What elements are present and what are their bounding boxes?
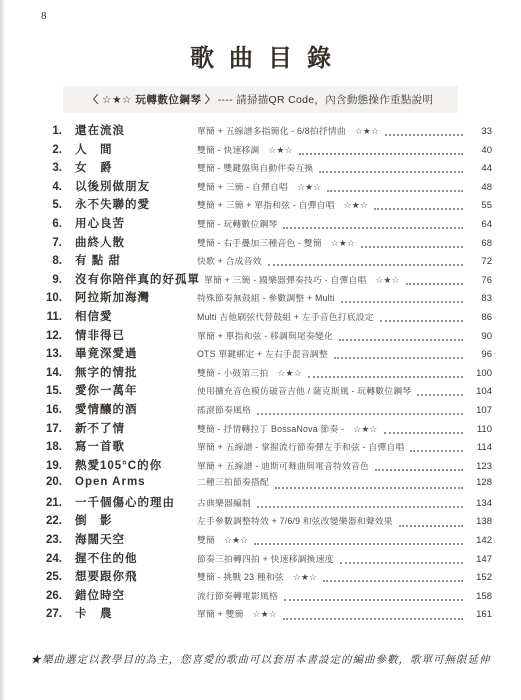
dotted-leader bbox=[399, 525, 463, 527]
song-title: Open Arms bbox=[75, 476, 193, 488]
song-row: 7. 曲終人散 雙簡 - 右手疊加三種音色 - 雙簡 ☆★☆ 68 bbox=[38, 234, 492, 253]
song-number: 26. bbox=[38, 590, 62, 602]
song-number: 7. bbox=[38, 237, 62, 249]
song-title: 相信愛 bbox=[75, 308, 193, 324]
song-title: 用心良苦 bbox=[75, 215, 193, 231]
song-title: 畢竟深愛過 bbox=[75, 345, 193, 361]
song-page-number: 152 bbox=[468, 572, 492, 583]
song-page-number: 55 bbox=[468, 200, 492, 211]
song-description: 二種三拍節奏搭配 bbox=[197, 475, 269, 488]
song-number: 5. bbox=[38, 199, 62, 211]
song-page-number: 96 bbox=[468, 349, 492, 360]
song-number: 22. bbox=[38, 515, 62, 527]
notice-highlight: 〈 ☆★☆ 玩轉數位鋼琴 〉 bbox=[88, 92, 216, 107]
song-description: 雙簡 - 玩轉數位鋼琴 bbox=[197, 217, 277, 230]
song-description: 快歌 + 合成音效 bbox=[197, 254, 262, 267]
song-page-number: 86 bbox=[468, 312, 492, 323]
dotted-leader bbox=[308, 376, 463, 378]
song-description: 雙簡 - 右手疊加三種音色 - 雙簡 ☆★☆ bbox=[197, 236, 355, 249]
song-row: 25. 想要跟你飛 雙簡 - 挑戰 23 種和弦 ☆★☆ 152 bbox=[38, 568, 492, 587]
song-page-number: 64 bbox=[468, 219, 492, 230]
song-title: 還在流浪 bbox=[75, 122, 193, 138]
dotted-leader bbox=[257, 413, 463, 415]
dotted-leader bbox=[257, 506, 463, 508]
song-number: 24. bbox=[38, 553, 62, 565]
song-row: 26. 錯位時空 流行節奏轉電影風格 158 bbox=[38, 587, 492, 606]
song-page-number: 138 bbox=[468, 516, 492, 527]
song-page-number: 142 bbox=[468, 535, 492, 546]
dotted-leader bbox=[340, 562, 463, 564]
song-description: 左手參數調整特效 + 7/6/9 和弦改變樂器和聲效果 bbox=[197, 514, 393, 527]
dotted-leader bbox=[327, 190, 463, 192]
song-title: 倒 影 bbox=[75, 512, 193, 528]
song-description: 雙簡 - 挑戰 23 種和弦 ☆★☆ bbox=[197, 570, 317, 583]
song-number: 15. bbox=[38, 385, 62, 397]
song-row: 4. 以後別做朋友 雙簡 + 三簡 - 自彈自唱 ☆★☆ 48 bbox=[38, 178, 492, 197]
dotted-leader bbox=[334, 357, 463, 359]
song-number: 25. bbox=[38, 571, 62, 583]
song-page-number: 110 bbox=[468, 424, 492, 435]
dotted-leader bbox=[268, 264, 463, 266]
song-row: 12. 情非得已 單簡 + 單指和弦 - 移調與尾奏變化 90 bbox=[38, 327, 492, 346]
dotted-leader bbox=[275, 487, 463, 489]
song-number: 18. bbox=[38, 441, 62, 453]
dotted-leader bbox=[380, 320, 463, 322]
song-title: 阿拉斯加海灣 bbox=[75, 289, 193, 305]
song-number: 9. bbox=[38, 274, 62, 286]
song-row: 24. 握不住的他 節奏三拍轉四拍 + 快速移調換速度 147 bbox=[38, 550, 492, 569]
song-number: 20. bbox=[38, 476, 62, 488]
dotted-leader bbox=[339, 339, 463, 341]
song-description: 單簡 + 雙簡 ☆★☆ bbox=[197, 607, 277, 620]
song-number: 10. bbox=[38, 292, 62, 304]
song-row: 11. 相信愛 Multi 吉他刷弦代替鼓組 + 左手音色打底設定 86 bbox=[38, 308, 492, 327]
song-number: 12. bbox=[38, 330, 62, 342]
song-number: 23. bbox=[38, 534, 62, 546]
song-description: 雙簡 - 雙鍵盤與自動伴奏互換 bbox=[197, 161, 313, 174]
song-page-number: 83 bbox=[468, 293, 492, 304]
song-description: 單簡 + 五線譜多指簡化 - 6/8拍抒情曲 ☆★☆ bbox=[197, 124, 379, 137]
song-row: 8. 有 點 甜 快歌 + 合成音效 72 bbox=[38, 252, 492, 271]
dotted-leader bbox=[284, 599, 463, 601]
song-row: 9. 沒有你陪伴真的好孤單 單簡 + 三簡 - 國樂器彈奏技巧 - 自彈自唱 ☆… bbox=[38, 271, 492, 290]
song-description: Multi 吉他刷弦代替鼓組 + 左手音色打底設定 bbox=[197, 310, 374, 323]
song-row: 2. 人 間 雙簡 - 快速移調 ☆★☆ 40 bbox=[38, 141, 492, 160]
song-number: 27. bbox=[38, 608, 62, 620]
dotted-leader bbox=[361, 246, 463, 248]
song-number: 3. bbox=[38, 162, 62, 174]
song-number: 1. bbox=[38, 125, 62, 137]
song-row: 3. 女 爵 雙簡 - 雙鍵盤與自動伴奏互換 44 bbox=[38, 159, 492, 178]
song-row: 6. 用心良苦 雙簡 - 玩轉數位鋼琴 64 bbox=[38, 215, 492, 234]
dotted-leader bbox=[374, 208, 463, 210]
song-page-number: 90 bbox=[468, 331, 492, 342]
song-number: 13. bbox=[38, 348, 62, 360]
song-row: 5. 永不失聯的愛 雙簡 + 三簡 + 單指和弦 - 自彈自唱 ☆★☆ 55 bbox=[38, 196, 492, 215]
song-description: 雙簡 - 小鼓第三拍 ☆★☆ bbox=[197, 366, 302, 379]
song-description: 雙簡 ☆★☆ bbox=[197, 533, 248, 546]
song-row: 18. 寫一首歌 單簡 + 五線譜 - 掌握流行節奏彈左手和弦 - 自彈自唱 1… bbox=[38, 438, 492, 457]
song-title: 人 間 bbox=[75, 141, 193, 157]
song-number: 21. bbox=[38, 497, 62, 509]
song-number: 16. bbox=[38, 404, 62, 416]
song-description: 單簡 + 五線譜 - 掌握流行節奏彈左手和弦 - 自彈自唱 bbox=[197, 440, 404, 453]
song-description: OTS 單鍵綁定 + 左右手混音調整 bbox=[197, 347, 328, 360]
dotted-leader bbox=[417, 394, 463, 396]
song-description: 雙簡 + 三簡 - 自彈自唱 ☆★☆ bbox=[197, 180, 321, 193]
song-title: 曲終人散 bbox=[75, 234, 193, 250]
song-title: 愛情釀的酒 bbox=[75, 401, 193, 417]
song-number: 11. bbox=[38, 311, 62, 323]
dotted-leader bbox=[299, 153, 463, 155]
song-page-number: 33 bbox=[468, 126, 492, 137]
song-page-number: 161 bbox=[468, 609, 492, 620]
song-row: 16. 愛情釀的酒 搖滾節奏風格 107 bbox=[38, 401, 492, 420]
song-list: 1. 還在流浪 單簡 + 五線譜多指簡化 - 6/8拍抒情曲 ☆★☆ 33 2.… bbox=[38, 122, 492, 624]
song-description: 流行節奏轉電影風格 bbox=[197, 589, 278, 602]
song-page-number: 123 bbox=[468, 461, 492, 472]
dotted-leader bbox=[406, 283, 463, 285]
song-title: 寫一首歌 bbox=[75, 438, 193, 454]
song-row: 14. 無字的情批 雙簡 - 小鼓第三拍 ☆★☆ 100 bbox=[38, 364, 492, 383]
song-page-number: 68 bbox=[468, 238, 492, 249]
song-number: 19. bbox=[38, 460, 62, 472]
dotted-leader bbox=[384, 432, 464, 434]
song-row: 15. 愛你一萬年 使用擴充音色模仿破音吉他 / 薩克斯風 - 玩轉數位鋼琴 1… bbox=[38, 382, 492, 401]
scan-edge-shadow bbox=[0, 0, 6, 700]
song-title: 想要跟你飛 bbox=[75, 568, 193, 584]
dotted-leader bbox=[410, 450, 463, 452]
song-title: 女 爵 bbox=[75, 159, 193, 175]
song-description: 特殊節奏無鼓組 - 參數調整 + Multi bbox=[197, 291, 335, 304]
song-title: 握不住的他 bbox=[75, 550, 193, 566]
song-title: 情非得已 bbox=[75, 327, 193, 343]
song-row: 10. 阿拉斯加海灣 特殊節奏無鼓組 - 參數調整 + Multi 83 bbox=[38, 289, 492, 308]
song-description: 搖滾節奏風格 bbox=[197, 403, 251, 416]
song-title: 永不失聯的愛 bbox=[75, 196, 193, 212]
song-description: 雙簡 + 三簡 + 單指和弦 - 自彈自唱 ☆★☆ bbox=[197, 198, 368, 211]
song-title: 無字的情批 bbox=[75, 364, 193, 380]
footer-note: ★樂曲選定以教學目的為主，您喜愛的歌曲可以套用本書設定的編曲參數，歌單可無限延伸 bbox=[0, 652, 521, 667]
song-page-number: 48 bbox=[468, 182, 492, 193]
song-title: 以後別做朋友 bbox=[75, 178, 193, 194]
song-row: 27. 卡 農 單簡 + 雙簡 ☆★☆ 161 bbox=[38, 605, 492, 624]
song-page-number: 104 bbox=[468, 386, 492, 397]
song-number: 6. bbox=[38, 218, 62, 230]
song-description: 古典樂器編制 bbox=[197, 496, 251, 509]
song-description: 單簡 + 三簡 - 國樂器彈奏技巧 - 自彈自唱 ☆★☆ bbox=[204, 273, 400, 286]
song-description: 節奏三拍轉四拍 + 快速移調換速度 bbox=[197, 552, 334, 565]
song-row: 17. 新不了情 雙簡 - 抒情轉拉丁 BossaNova 節奏 - ☆★☆ 1… bbox=[38, 420, 492, 439]
dotted-leader bbox=[319, 171, 463, 173]
song-page-number: 128 bbox=[468, 477, 492, 488]
notice-text: ---- 請掃描QR Code，內含動態操作重點說明 bbox=[218, 92, 433, 107]
song-number: 14. bbox=[38, 367, 62, 379]
song-page-number: 147 bbox=[468, 554, 492, 565]
song-page-number: 100 bbox=[468, 368, 492, 379]
song-title: 熱愛105°C的你 bbox=[75, 457, 193, 473]
song-number: 2. bbox=[38, 144, 62, 156]
song-description: 使用擴充音色模仿破音吉他 / 薩克斯風 - 玩轉數位鋼琴 bbox=[197, 384, 411, 397]
dotted-leader bbox=[254, 543, 463, 545]
song-row: 21. 一千個傷心的理由 古典樂器編制 134 bbox=[38, 494, 492, 513]
song-number: 17. bbox=[38, 423, 62, 435]
qr-code-notice: 〈 ☆★☆ 玩轉數位鋼琴 〉 ---- 請掃描QR Code，內含動態操作重點說… bbox=[63, 86, 458, 113]
song-title: 愛你一萬年 bbox=[75, 382, 193, 398]
song-description: 單簡 + 單指和弦 - 移調與尾奏變化 bbox=[197, 329, 333, 342]
song-page-number: 134 bbox=[468, 498, 492, 509]
song-row: 20. Open Arms 二種三拍節奏搭配 128 bbox=[38, 475, 492, 494]
toc-page: 8 歌曲目錄 〈 ☆★☆ 玩轉數位鋼琴 〉 ---- 請掃描QR Code，內含… bbox=[0, 0, 521, 700]
dotted-leader bbox=[341, 301, 463, 303]
dotted-leader bbox=[283, 227, 463, 229]
song-page-number: 72 bbox=[468, 256, 492, 267]
song-page-number: 40 bbox=[468, 145, 492, 156]
song-row: 22. 倒 影 左手參數調整特效 + 7/6/9 和弦改變樂器和聲效果 138 bbox=[38, 512, 492, 531]
song-title: 有 點 甜 bbox=[75, 252, 193, 268]
corner-page-number: 8 bbox=[41, 10, 47, 22]
dotted-leader bbox=[283, 618, 463, 620]
song-row: 19. 熱愛105°C的你 單簡 + 五線譜 - 迪斯可舞曲與電音特效音色 12… bbox=[38, 457, 492, 476]
dotted-leader bbox=[375, 469, 463, 471]
song-description: 雙簡 - 抒情轉拉丁 BossaNova 節奏 - ☆★☆ bbox=[197, 422, 378, 435]
song-row: 1. 還在流浪 單簡 + 五線譜多指簡化 - 6/8拍抒情曲 ☆★☆ 33 bbox=[38, 122, 492, 141]
song-page-number: 114 bbox=[468, 442, 492, 453]
song-title: 錯位時空 bbox=[75, 587, 193, 603]
song-number: 4. bbox=[38, 181, 62, 193]
song-title: 海闊天空 bbox=[75, 531, 193, 547]
song-title: 新不了情 bbox=[75, 420, 193, 436]
song-number: 8. bbox=[38, 255, 62, 267]
song-page-number: 76 bbox=[468, 275, 492, 286]
dotted-leader bbox=[385, 134, 463, 136]
dotted-leader bbox=[323, 580, 463, 582]
song-page-number: 107 bbox=[468, 405, 492, 416]
song-row: 13. 畢竟深愛過 OTS 單鍵綁定 + 左右手混音調整 96 bbox=[38, 345, 492, 364]
song-row: 23. 海闊天空 雙簡 ☆★☆ 142 bbox=[38, 531, 492, 550]
song-title: 卡 農 bbox=[75, 605, 193, 621]
song-description: 單簡 + 五線譜 - 迪斯可舞曲與電音特效音色 bbox=[197, 459, 369, 472]
song-page-number: 158 bbox=[468, 591, 492, 602]
page-title: 歌曲目錄 bbox=[0, 38, 521, 73]
song-description: 雙簡 - 快速移調 ☆★☆ bbox=[197, 143, 293, 156]
song-title: 沒有你陪伴真的好孤單 bbox=[75, 271, 200, 287]
song-page-number: 44 bbox=[468, 163, 492, 174]
song-title: 一千個傷心的理由 bbox=[75, 494, 193, 510]
